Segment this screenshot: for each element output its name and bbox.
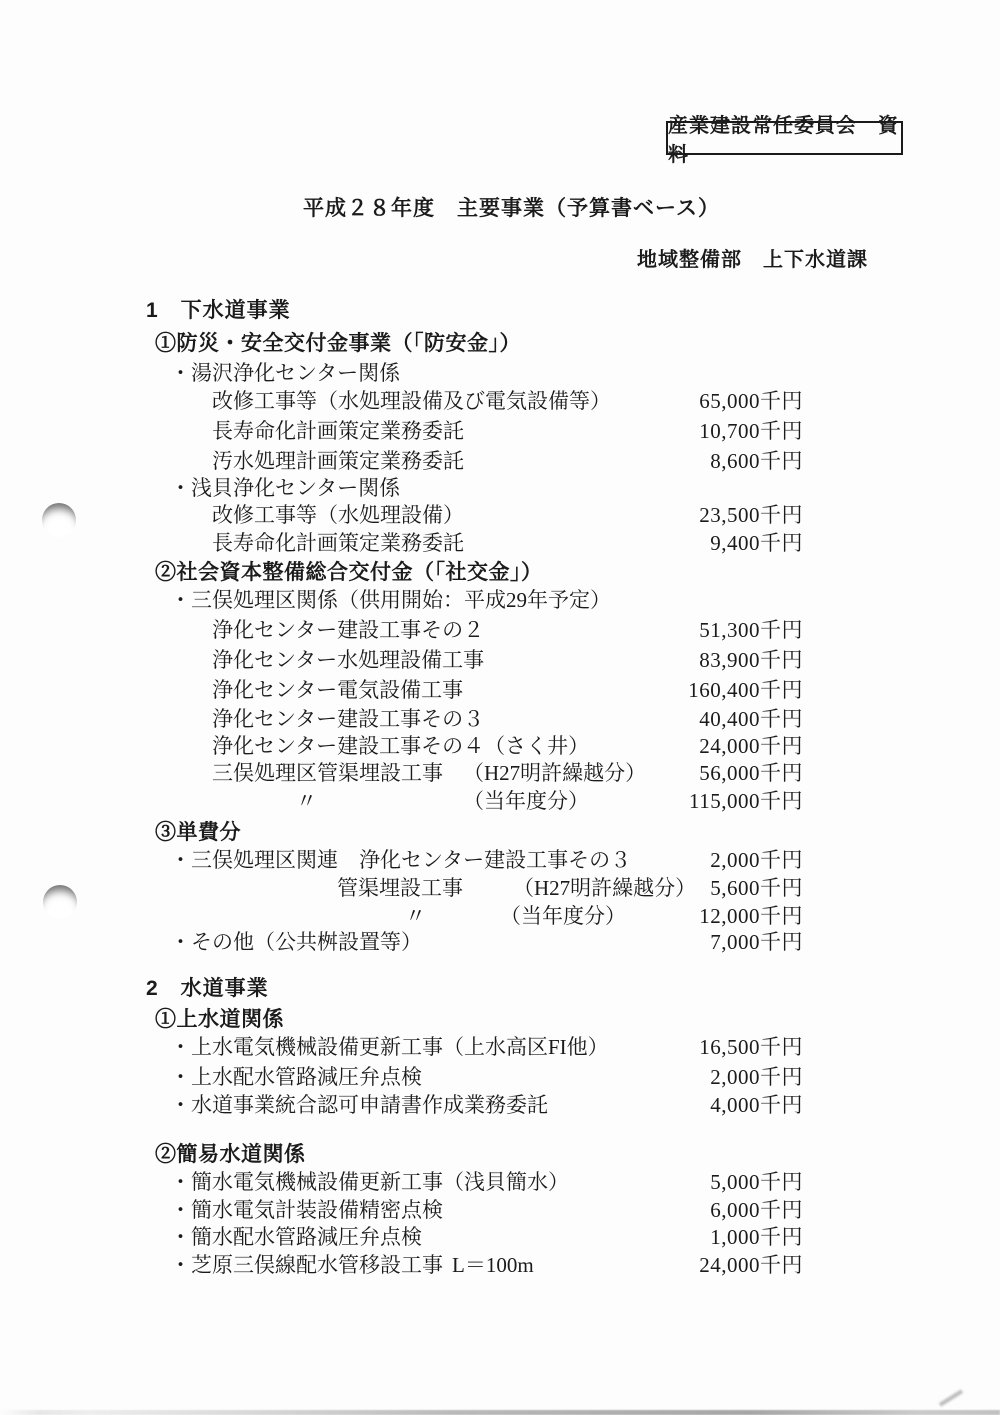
line-text: 浄化センター水処理設備工事 bbox=[212, 644, 484, 674]
line-text: ・簡水電気機械設備更新工事（浅貝簡水） bbox=[170, 1166, 569, 1196]
amount-value: 6,000千円 bbox=[710, 1194, 803, 1224]
subsection-heading: ②簡易水道関係 bbox=[0, 1138, 1000, 1168]
amount-value: 23,500千円 bbox=[699, 499, 803, 529]
scan-edge-artifact bbox=[0, 1410, 1000, 1415]
amount-value: 51,300千円 bbox=[699, 614, 803, 644]
amount-value: 160,400千円 bbox=[688, 674, 803, 704]
amount-value: 8,600千円 bbox=[710, 445, 803, 475]
line-text: 三俣処理区管渠埋設工事 bbox=[212, 757, 443, 787]
line-text: ・浅貝浄化センター関係 bbox=[170, 472, 400, 502]
amount-value: 1,000千円 bbox=[710, 1221, 803, 1251]
budget-item-row: 三俣処理区管渠埋設工事（H27明許繰越分）56,000千円 bbox=[0, 757, 1000, 787]
group-heading: ・湯沢浄化センター関係 bbox=[0, 357, 1000, 387]
line-text: ・上水配水管路減圧弁点検 bbox=[170, 1061, 422, 1091]
amount-value: 2,000千円 bbox=[710, 844, 803, 874]
group-heading: ・浅貝浄化センター関係 bbox=[0, 472, 1000, 502]
budget-item-row: ・簡水電気計装設備精密点検6,000千円 bbox=[0, 1194, 1000, 1224]
line-text: ・その他（公共桝設置等） bbox=[170, 926, 422, 956]
budget-item-row: 浄化センター建設工事その３40,400千円 bbox=[0, 703, 1000, 733]
budget-item-row: 浄化センター建設工事その２51,300千円 bbox=[0, 614, 1000, 644]
budget-item-row: ・簡水電気機械設備更新工事（浅貝簡水）5,000千円 bbox=[0, 1166, 1000, 1196]
line-text: 1 下水道事業 bbox=[146, 294, 291, 324]
budget-item-row: ・上水電気機械設備更新工事（上水高区FI他）16,500千円 bbox=[0, 1031, 1000, 1061]
line-text: ・上水電気機械設備更新工事（上水高区FI他） bbox=[170, 1031, 609, 1061]
amount-value: 83,900千円 bbox=[699, 644, 803, 674]
budget-item-row: ・その他（公共桝設置等）7,000千円 bbox=[0, 926, 1000, 956]
line-text: 浄化センター建設工事その２ bbox=[212, 614, 484, 644]
amount-value: 16,500千円 bbox=[699, 1031, 803, 1061]
budget-item-row: ・簡水配水管路減圧弁点検1,000千円 bbox=[0, 1221, 1000, 1251]
budget-item-row: 浄化センター電気設備工事160,400千円 bbox=[0, 674, 1000, 704]
budget-item-row: 改修工事等（水処理設備）23,500千円 bbox=[0, 499, 1000, 529]
line-text: ・水道事業統合認可申請書作成業務委託 bbox=[170, 1089, 548, 1119]
budget-item-row: 長寿命化計画策定業務委託9,400千円 bbox=[0, 527, 1000, 557]
scan-smudge-artifact bbox=[939, 1389, 963, 1406]
subsection-heading: ①上水道関係 bbox=[0, 1003, 1000, 1033]
budget-item-row: ・水道事業統合認可申請書作成業務委託4,000千円 bbox=[0, 1089, 1000, 1119]
amount-value: 5,000千円 bbox=[710, 1166, 803, 1196]
line-text: ②簡易水道関係 bbox=[155, 1138, 306, 1168]
item-note: （H27明許繰越分） bbox=[463, 757, 646, 787]
item-note: L＝100m bbox=[452, 1249, 534, 1279]
punch-hole-shadow-top bbox=[42, 503, 76, 537]
department-line: 地域整備部 上下水道課 bbox=[0, 243, 868, 272]
line-text: 改修工事等（水処理設備） bbox=[212, 499, 464, 529]
budget-item-row: 汚水処理計画策定業務委託8,600千円 bbox=[0, 445, 1000, 475]
line-text: 浄化センター建設工事その３ bbox=[212, 703, 484, 733]
amount-value: 2,000千円 bbox=[710, 1061, 803, 1091]
scanned-budget-document: 産業建設常任委員会 資料 平成２８年度 主要事業（予算書ベース） 地域整備部 上… bbox=[0, 0, 1000, 1415]
line-text: ・湯沢浄化センター関係 bbox=[170, 357, 400, 387]
line-text: ①上水道関係 bbox=[155, 1003, 284, 1033]
budget-item-row: 長寿命化計画策定業務委託10,700千円 bbox=[0, 415, 1000, 445]
amount-value: 24,000千円 bbox=[699, 1249, 803, 1279]
line-text: 長寿命化計画策定業務委託 bbox=[212, 527, 464, 557]
amount-value: 115,000千円 bbox=[689, 785, 803, 815]
amount-value: 65,000千円 bbox=[699, 385, 803, 415]
section-heading: 1 下水道事業 bbox=[0, 294, 1000, 324]
page-title: 平成２８年度 主要事業（予算書ベース） bbox=[303, 192, 720, 222]
line-text: 浄化センター電気設備工事 bbox=[212, 674, 463, 704]
budget-item-row: ・上水配水管路減圧弁点検2,000千円 bbox=[0, 1061, 1000, 1091]
amount-value: 10,700千円 bbox=[699, 415, 803, 445]
budget-item-row: 浄化センター建設工事その４（さく井）24,000千円 bbox=[0, 730, 1000, 760]
line-text: 管渠埋設工事 bbox=[337, 872, 463, 902]
group-heading: ・三俣処理区関係（供用開始：平成29年予定） bbox=[0, 584, 1000, 614]
subsection-heading: ②社会資本整備総合交付金（「社交金」） bbox=[0, 556, 1000, 586]
line-text: 〃 bbox=[296, 785, 317, 815]
amount-value: 40,400千円 bbox=[699, 703, 803, 733]
budget-item-row: ・芝原三俣線配水管移設工事L＝100m24,000千円 bbox=[0, 1249, 1000, 1279]
item-note: （当年度分） bbox=[463, 785, 589, 815]
line-text: ②社会資本整備総合交付金（「社交金」） bbox=[155, 556, 543, 586]
budget-item-row: 〃（当年度分）115,000千円 bbox=[0, 785, 1000, 815]
amount-value: 4,000千円 bbox=[710, 1089, 803, 1119]
line-text: 2 水道事業 bbox=[146, 972, 269, 1002]
subsection-heading: ③単費分 bbox=[0, 816, 1000, 846]
line-text: ・簡水配水管路減圧弁点検 bbox=[170, 1221, 422, 1251]
committee-stamp-text: 産業建設常任委員会 資料 bbox=[668, 109, 901, 167]
amount-value: 56,000千円 bbox=[699, 757, 803, 787]
line-text: ・芝原三俣線配水管移設工事 bbox=[170, 1249, 443, 1279]
line-text: 浄化センター建設工事その４（さく井） bbox=[212, 730, 589, 760]
line-text: ・三俣処理区関係（供用開始：平成29年予定） bbox=[170, 584, 611, 614]
amount-value: 9,400千円 bbox=[710, 527, 803, 557]
line-text: 改修工事等（水処理設備及び電気設備等） bbox=[212, 385, 611, 415]
amount-value: 5,600千円 bbox=[710, 872, 803, 902]
punch-hole-shadow-bottom bbox=[43, 885, 77, 919]
line-text: 長寿命化計画策定業務委託 bbox=[212, 415, 464, 445]
line-text: ①防災・安全交付金事業（「防安金」） bbox=[155, 327, 521, 357]
item-note: （H27明許繰越分） bbox=[513, 872, 696, 902]
amount-value: 24,000千円 bbox=[699, 730, 803, 760]
line-text: ③単費分 bbox=[155, 816, 241, 846]
subsection-heading: ①防災・安全交付金事業（「防安金」） bbox=[0, 327, 1000, 357]
budget-item-row: 改修工事等（水処理設備及び電気設備等）65,000千円 bbox=[0, 385, 1000, 415]
committee-stamp-box: 産業建設常任委員会 資料 bbox=[666, 121, 903, 155]
line-text: 汚水処理計画策定業務委託 bbox=[212, 445, 464, 475]
budget-item-row: ・三俣処理区関連 浄化センター建設工事その３2,000千円 bbox=[0, 844, 1000, 874]
line-text: ・三俣処理区関連 浄化センター建設工事その３ bbox=[170, 844, 631, 874]
budget-item-row: 管渠埋設工事（H27明許繰越分）5,600千円 bbox=[0, 872, 1000, 902]
line-text: ・簡水電気計装設備精密点検 bbox=[170, 1194, 443, 1224]
amount-value: 7,000千円 bbox=[710, 926, 803, 956]
section-heading: 2 水道事業 bbox=[0, 972, 1000, 1002]
budget-item-row: 浄化センター水処理設備工事83,900千円 bbox=[0, 644, 1000, 674]
